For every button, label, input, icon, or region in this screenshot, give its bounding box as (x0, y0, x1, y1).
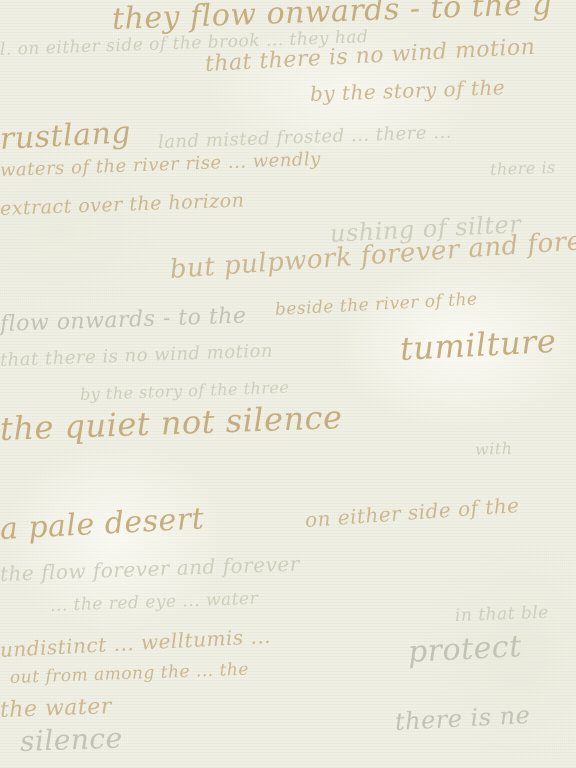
script-line: out from among the ... the (10, 660, 250, 688)
script-line: there is (490, 158, 556, 179)
script-line: on either side of the (304, 493, 520, 532)
script-line: the water (0, 694, 112, 723)
script-line: by the story of the (310, 75, 506, 106)
script-line: flow onwards - to the (0, 303, 247, 337)
script-line: silence (19, 721, 123, 758)
script-line: the flow forever and forever (0, 552, 300, 586)
script-line: protect (407, 629, 522, 670)
script-line: with (475, 439, 513, 459)
script-line: the quiet not silence (0, 398, 343, 448)
script-line: beside the river of the (274, 289, 478, 320)
script-line: extract over the horizon (0, 189, 245, 220)
script-line: tumilture (399, 322, 557, 368)
script-line: there is ne (394, 701, 531, 736)
script-line: that there is no wind motion (0, 340, 273, 371)
script-line: a pale desert (0, 501, 205, 547)
script-line: land misted frosted ... there ... (158, 122, 453, 153)
script-line: ... the red eye ... water (50, 589, 259, 616)
script-line: in that ble (455, 603, 549, 626)
script-wallpaper-texture: they flow onwards - to the g l. on eithe… (0, 0, 576, 768)
script-line: rustlang (0, 115, 132, 157)
script-line: undistinct ... welltumis ... (0, 624, 272, 662)
